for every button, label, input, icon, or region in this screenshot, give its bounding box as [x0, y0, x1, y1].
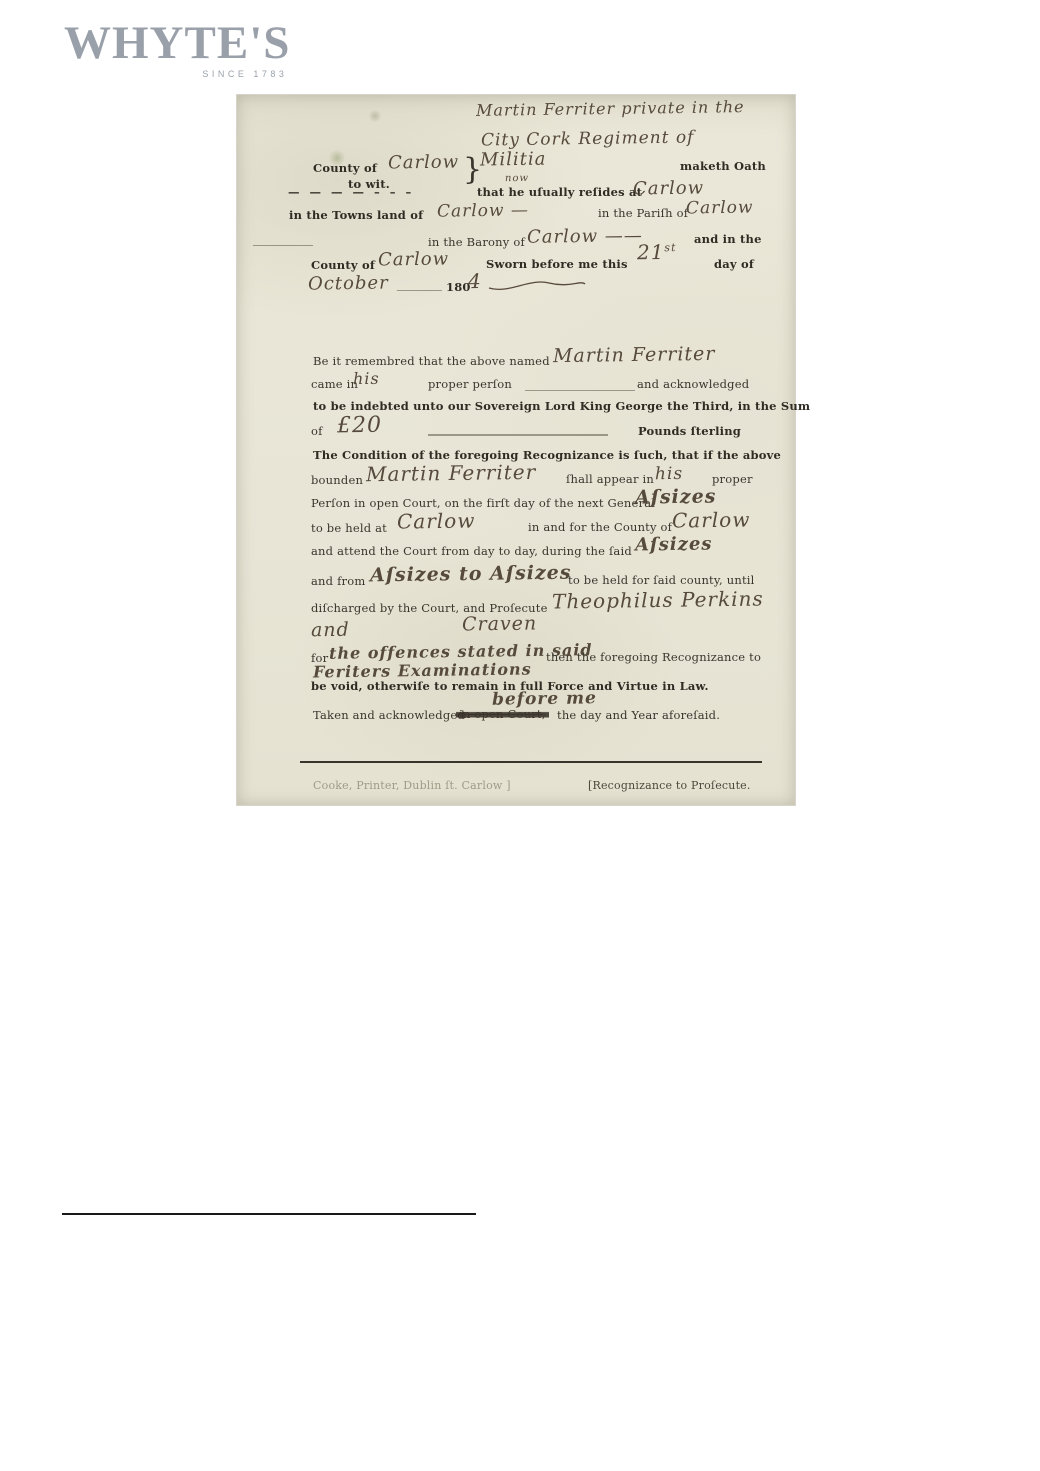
printed-maketh-oath: maketh Oath: [680, 160, 766, 173]
printed-remembered: Be it remembred that the above named: [313, 355, 550, 368]
printed-proper-person: proper perſon: [428, 378, 512, 391]
handwritten-now-insert: now: [505, 173, 529, 185]
handwritten-day-number: 21: [637, 240, 665, 264]
printed-came-in: came in: [311, 378, 358, 391]
document-scan: Martin Ferriter private in the City Cork…: [237, 95, 795, 805]
printed-printer-imprint: Cooke, Printer, Dublin ſt. Carlow ]: [313, 780, 511, 793]
handwritten-county-2: Carlow: [378, 250, 449, 272]
form-footer-rule: [300, 761, 762, 763]
printed-indebted-line: to be indebted unto our Sovereign Lord K…: [313, 400, 810, 413]
printed-townsland-label: in the Towns land of: [289, 209, 423, 222]
printed-day-of: day of: [714, 258, 754, 271]
handwritten-resides-place: Carlow: [633, 179, 704, 201]
printed-struck-in-open-court: in open Court,: [456, 708, 549, 721]
printed-parish-label: in the Pariſh of: [598, 207, 688, 220]
footnote-separator-line: [62, 1213, 476, 1215]
handwritten-county: Carlow: [388, 153, 459, 175]
printed-bounden: bounden: [311, 474, 363, 487]
blank-fill-rule: [525, 389, 635, 391]
handwritten-militia: Militia: [480, 150, 547, 172]
printed-year-prefix: 180: [446, 281, 471, 294]
handwritten-month: October: [308, 273, 389, 295]
logo-wordmark: WHYTE'S: [64, 20, 290, 67]
printed-shall-appear: ſhall appear in: [566, 473, 654, 486]
printed-held-county: to be held for ſaid county, until: [568, 574, 755, 587]
printed-county-of-label: County of: [313, 162, 377, 175]
handwritten-year-digit: 4: [468, 270, 482, 293]
handwritten-prosecutor-2: Craven: [462, 613, 537, 636]
printed-attend-line: and attend the Court from day to day, du…: [311, 545, 632, 558]
paper-stain: [369, 109, 381, 123]
printed-aforesaid: the day and Year aforeſaid.: [557, 709, 720, 722]
printed-taken: Taken and acknowledged: [313, 709, 465, 722]
handwritten-county-3: Carlow: [672, 508, 751, 532]
handwritten-amount: £20: [337, 413, 382, 439]
printed-sworn-label: Sworn before me this: [486, 258, 628, 271]
handwritten-townsland: Carlow —: [437, 201, 529, 222]
handwritten-and: and: [311, 620, 350, 642]
printed-acknowledged: and acknowledged: [637, 378, 749, 391]
printed-and-in-the: and in the: [694, 233, 762, 246]
whytes-logo: WHYTE'S SINCE 1783: [64, 20, 290, 79]
handwritten-his-1: his: [353, 370, 380, 389]
printed-of-label: of: [311, 425, 323, 438]
handwritten-his-2: his: [655, 465, 683, 485]
handwritten-prosecutor-1: Theophilus Perkins: [552, 588, 764, 614]
blank-fill-rule: [428, 433, 608, 436]
handwritten-day: 21st: [637, 241, 677, 265]
handwritten-name-2: Martin Ferriter: [366, 461, 537, 486]
printed-proper: proper: [712, 473, 753, 486]
printed-then-foregoing: then the foregoing Recognizance to: [546, 651, 761, 664]
handwritten-assizes-3: Aſsizes to Aſsizes: [370, 563, 572, 588]
handwritten-name-1: Martin Ferriter: [553, 344, 716, 368]
logo-tagline: SINCE 1783: [64, 69, 290, 79]
handwritten-held-place: Carlow: [397, 509, 476, 533]
printed-county-for: in and for the County of: [528, 521, 672, 534]
printed-dashes: — — — — – – –: [288, 186, 414, 199]
printed-doc-type: [Recognizance to Proſecute.: [588, 780, 751, 793]
blank-fill-rule: [253, 244, 313, 246]
printed-county-of-label-2: County of: [311, 259, 375, 272]
handwritten-assizes-1: Aſsizes: [635, 486, 717, 509]
handwritten-parish: Carlow: [686, 199, 754, 219]
printed-condition-line: The Condition of the foregoing Recogniza…: [313, 449, 781, 462]
printed-person-court: Perſon in open Court, on the firſt day o…: [311, 497, 655, 510]
printed-and-from: and from: [311, 575, 365, 588]
printed-resides-label: that he uſually reſides at: [477, 186, 642, 199]
handwritten-header-line2: City Cork Regiment of: [481, 129, 695, 152]
handwritten-assizes-2: Aſsizes: [635, 534, 713, 556]
printed-pounds-sterling: Pounds ſterling: [638, 425, 741, 438]
ink-flourish: [487, 275, 587, 293]
handwritten-day-suffix: st: [664, 241, 676, 254]
handwritten-barony: Carlow ——: [527, 226, 643, 248]
handwritten-header-line1: Martin Ferriter private in the: [476, 98, 745, 120]
printed-barony-label: in the Barony of: [428, 236, 525, 249]
printed-held-at: to be held at: [311, 522, 387, 535]
blank-fill-rule: [397, 289, 442, 291]
